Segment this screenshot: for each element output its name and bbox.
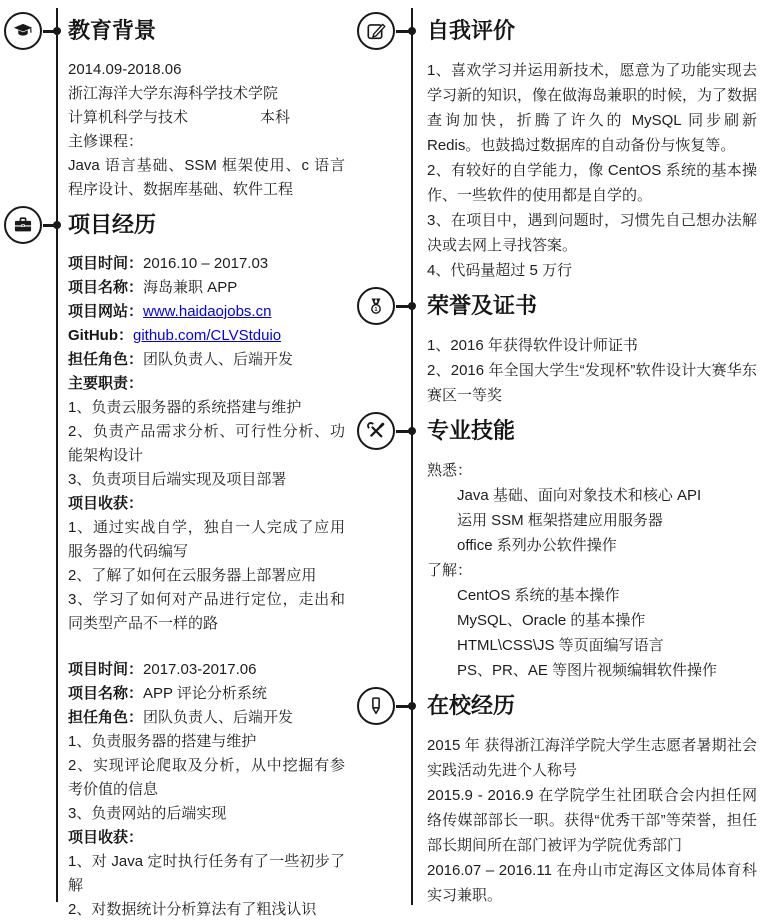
text-line: 2、了解了如何在云服务器上部署应用 bbox=[68, 564, 345, 588]
briefcase-icon bbox=[4, 206, 42, 244]
text-line: 担任角色：团队负责人、后端开发 bbox=[68, 348, 345, 372]
field-label: 主要职责： bbox=[68, 375, 143, 392]
text-content: 2014.09-2018.06 bbox=[68, 61, 181, 78]
column-left: 教育背景2014.09-2018.06浙江海洋大学东海科学技术学院计算机科学与技… bbox=[0, 0, 355, 920]
text-content: 了解： bbox=[427, 562, 472, 579]
text-content: 2、了解了如何在云服务器上部署应用 bbox=[68, 567, 316, 584]
text-content: Java 语言基础、SSM 框架使用、c 语言程序设计、数据库基础、软件工程 bbox=[68, 157, 345, 198]
text-line: 1、喜欢学习并运用新技术，愿意为了功能实现去学习新的知识，像在做海岛兼职的时候，… bbox=[427, 58, 757, 158]
text-content: 2015.9 - 2016.9 在学院学生社团联合会内担任网络传媒部部长一职。获… bbox=[427, 787, 757, 854]
text-content: 浙江海洋大学东海科学技术学院 bbox=[68, 85, 278, 102]
text-line: 3、负责项目后端实现及项目部署 bbox=[68, 468, 345, 492]
resume-page: 教育背景2014.09-2018.06浙江海洋大学东海科学技术学院计算机科学与技… bbox=[0, 0, 763, 920]
field-label: 项目网站： bbox=[68, 303, 143, 320]
text-content: 2017.03-2017.06 bbox=[143, 661, 256, 678]
timeline-bullet bbox=[408, 27, 416, 35]
section-header-skills: 专业技能 bbox=[427, 414, 757, 448]
text-line: 2、有较好的自学能力，像 CentOS 系统的基本操作、一些软件的使用都是自学的… bbox=[427, 158, 757, 208]
text-line: 1、2016 年获得软件设计师证书 bbox=[427, 333, 757, 358]
text-line: 2、负责产品需求分析、可行性分析、功能架构设计 bbox=[68, 420, 345, 468]
text-content: 3、学习了如何对产品进行定位，走出和同类型产品不一样的路 bbox=[68, 591, 345, 632]
text-line: 主要职责： bbox=[68, 372, 345, 396]
svg-text:1: 1 bbox=[374, 307, 377, 313]
section-header-education: 教育背景 bbox=[68, 14, 345, 48]
text-content: 2、负责产品需求分析、可行性分析、功能架构设计 bbox=[68, 423, 345, 464]
text-line: 项目名称：APP 评论分析系统 bbox=[68, 682, 345, 706]
text-line: 1、负责云服务器的系统搭建与维护 bbox=[68, 396, 345, 420]
text-line: 2016.07 – 2016.11 在舟山市定海区文体局体育科实习兼职。 bbox=[427, 858, 757, 908]
text-content: 熟悉： bbox=[427, 462, 472, 479]
section-title: 在校经历 bbox=[427, 693, 515, 718]
text-line: 2014.09-2018.06 bbox=[68, 58, 345, 82]
field-label: 项目时间： bbox=[68, 255, 143, 272]
field-label: GitHub： bbox=[68, 327, 133, 344]
text-content: 1、对 Java 定时执行任务有了一些初步了解 bbox=[68, 853, 345, 894]
timeline-bullet bbox=[53, 27, 61, 35]
section-projects: 项目经历项目时间：2016.10 – 2017.03项目名称：海岛兼职 APP项… bbox=[68, 208, 345, 920]
text-line: 项目时间：2017.03-2017.06 bbox=[68, 658, 345, 682]
section-header-school-experience: 在校经历 bbox=[427, 689, 757, 723]
medal-icon: 1 bbox=[357, 287, 395, 325]
github-link[interactable]: github.com/CLVStduio bbox=[133, 327, 281, 344]
text-line: 项目收获： bbox=[68, 492, 345, 516]
text-content: APP 评论分析系统 bbox=[143, 685, 267, 702]
text-line: 项目名称：海岛兼职 APP bbox=[68, 276, 345, 300]
text-content: 1、负责云服务器的系统搭建与维护 bbox=[68, 399, 301, 416]
field-label: 项目名称： bbox=[68, 279, 143, 296]
text-content: 1、负责服务器的搭建与维护 bbox=[68, 733, 256, 750]
text-content: office 系列办公软件操作 bbox=[457, 537, 617, 554]
section-title: 项目经历 bbox=[68, 212, 156, 237]
text-content: Java 基础、面向对象技术和核心 API bbox=[457, 487, 701, 504]
text-line: 了解： bbox=[427, 558, 757, 583]
timeline-bullet bbox=[408, 427, 416, 435]
field-label: 担任角色： bbox=[68, 351, 143, 368]
text-line: Java 基础、面向对象技术和核心 API bbox=[427, 483, 757, 508]
text-line: HTML\CSS\JS 等页面编写语言 bbox=[427, 633, 757, 658]
section-header-honors: 1荣誉及证书 bbox=[427, 289, 757, 323]
text-content: 3、负责网站的后端实现 bbox=[68, 805, 226, 822]
text-content: 3、在项目中，遇到问题时，习惯先自己想办法解决或去网上寻找答案。 bbox=[427, 212, 757, 254]
text-content: HTML\CSS\JS 等页面编写语言 bbox=[457, 637, 664, 654]
text-line: 项目时间：2016.10 – 2017.03 bbox=[68, 252, 345, 276]
text-line: 2、实现评论爬取及分析，从中挖掘有参考价值的信息 bbox=[68, 754, 345, 802]
section-title: 教育背景 bbox=[68, 18, 156, 43]
text-line: 计算机科学与技术本科 bbox=[68, 106, 345, 130]
section-header-self-evaluation: 自我评价 bbox=[427, 14, 757, 48]
field-label: 项目名称： bbox=[68, 685, 143, 702]
text-content: 运用 SSM 框架搭建应用服务器 bbox=[457, 512, 663, 529]
text-line: 3、负责网站的后端实现 bbox=[68, 802, 345, 826]
text-content: 2016.07 – 2016.11 在舟山市定海区文体局体育科实习兼职。 bbox=[427, 862, 757, 904]
text-content: 1、喜欢学习并运用新技术，愿意为了功能实现去学习新的知识，像在做海岛兼职的时候，… bbox=[427, 62, 757, 154]
timeline-bullet bbox=[408, 702, 416, 710]
section-school-experience: 在校经历2015 年 获得浙江海洋学院大学生志愿者暑期社会实践活动先进个人称号2… bbox=[427, 689, 757, 908]
major-name: 计算机科学与技术 bbox=[68, 109, 188, 126]
text-line: Java 语言基础、SSM 框架使用、c 语言程序设计、数据库基础、软件工程 bbox=[68, 154, 345, 202]
text-line: 1、对 Java 定时执行任务有了一些初步了解 bbox=[68, 850, 345, 898]
text-content: 3、负责项目后端实现及项目部署 bbox=[68, 471, 286, 488]
text-line: 项目收获： bbox=[68, 826, 345, 850]
column-right: 自我评价1、喜欢学习并运用新技术，愿意为了功能实现去学习新的知识，像在做海岛兼职… bbox=[355, 0, 763, 908]
field-label: 项目时间： bbox=[68, 661, 143, 678]
text-line: 项目网站：www.haidaojobs.cn bbox=[68, 300, 345, 324]
text-content: 2、实现评论爬取及分析，从中挖掘有参考价值的信息 bbox=[68, 757, 345, 798]
section-skills: 专业技能熟悉：Java 基础、面向对象技术和核心 API运用 SSM 框架搭建应… bbox=[427, 414, 757, 683]
section-title: 自我评价 bbox=[427, 18, 515, 43]
text-content: 1、通过实战自学，独自一人完成了应用服务器的代码编写 bbox=[68, 519, 345, 560]
row-spacer bbox=[68, 636, 345, 658]
section-honors: 1荣誉及证书1、2016 年获得软件设计师证书2、2016 年全国大学生“发现杯… bbox=[427, 289, 757, 408]
section-education: 教育背景2014.09-2018.06浙江海洋大学东海科学技术学院计算机科学与技… bbox=[68, 14, 345, 202]
tools-icon bbox=[357, 412, 395, 450]
text-line: MySQL、Oracle 的基本操作 bbox=[427, 608, 757, 633]
text-content: 主修课程： bbox=[68, 133, 143, 150]
text-content: 2、2016 年全国大学生“发现杯”软件设计大赛华东赛区一等奖 bbox=[427, 362, 757, 404]
text-content: MySQL、Oracle 的基本操作 bbox=[457, 612, 645, 629]
text-line: 担任角色：团队负责人、后端开发 bbox=[68, 706, 345, 730]
text-line: 2、对数据统计分析算法有了粗浅认识 bbox=[68, 898, 345, 920]
text-content: 团队负责人、后端开发 bbox=[143, 709, 293, 726]
text-line: PS、PR、AE 等图片视频编辑软件操作 bbox=[427, 658, 757, 683]
field-label: 项目收获： bbox=[68, 829, 143, 846]
text-content: 4、代码量超过 5 万行 bbox=[427, 262, 572, 279]
text-line: 运用 SSM 框架搭建应用服务器 bbox=[427, 508, 757, 533]
project-website-link[interactable]: www.haidaojobs.cn bbox=[143, 303, 271, 320]
graduation-cap-icon bbox=[4, 12, 42, 50]
text-content: 2015 年 获得浙江海洋学院大学生志愿者暑期社会实践活动先进个人称号 bbox=[427, 737, 757, 779]
text-content: 2016.10 – 2017.03 bbox=[143, 255, 268, 272]
section-title: 专业技能 bbox=[427, 418, 515, 443]
section-header-projects: 项目经历 bbox=[68, 208, 345, 242]
text-line: 2、2016 年全国大学生“发现杯”软件设计大赛华东赛区一等奖 bbox=[427, 358, 757, 408]
text-content: 1、2016 年获得软件设计师证书 bbox=[427, 337, 638, 354]
timeline-bullet bbox=[53, 221, 61, 229]
section-title: 荣誉及证书 bbox=[427, 293, 537, 318]
field-label: 担任角色： bbox=[68, 709, 143, 726]
text-line: 2015.9 - 2016.9 在学院学生社团联合会内担任网络传媒部部长一职。获… bbox=[427, 783, 757, 858]
text-line: CentOS 系统的基本操作 bbox=[427, 583, 757, 608]
text-line: GitHub：github.com/CLVStduio bbox=[68, 324, 345, 348]
timeline-bullet bbox=[408, 302, 416, 310]
text-line: 1、负责服务器的搭建与维护 bbox=[68, 730, 345, 754]
degree-level: 本科 bbox=[260, 109, 290, 126]
text-line: 3、学习了如何对产品进行定位，走出和同类型产品不一样的路 bbox=[68, 588, 345, 636]
text-content: 2、有较好的自学能力，像 CentOS 系统的基本操作、一些软件的使用都是自学的… bbox=[427, 162, 757, 204]
text-content: 2、对数据统计分析算法有了粗浅认识 bbox=[68, 901, 316, 918]
text-content: 团队负责人、后端开发 bbox=[143, 351, 293, 368]
text-line: 2015 年 获得浙江海洋学院大学生志愿者暑期社会实践活动先进个人称号 bbox=[427, 733, 757, 783]
text-content: PS、PR、AE 等图片视频编辑软件操作 bbox=[457, 662, 717, 679]
text-content: CentOS 系统的基本操作 bbox=[457, 587, 620, 604]
text-line: 1、通过实战自学，独自一人完成了应用服务器的代码编写 bbox=[68, 516, 345, 564]
section-self-evaluation: 自我评价1、喜欢学习并运用新技术，愿意为了功能实现去学习新的知识，像在做海岛兼职… bbox=[427, 14, 757, 283]
text-line: 浙江海洋大学东海科学技术学院 bbox=[68, 82, 345, 106]
text-line: 熟悉： bbox=[427, 458, 757, 483]
text-line: 3、在项目中，遇到问题时，习惯先自己想办法解决或去网上寻找答案。 bbox=[427, 208, 757, 258]
text-line: 4、代码量超过 5 万行 bbox=[427, 258, 757, 283]
field-label: 项目收获： bbox=[68, 495, 143, 512]
text-line: 主修课程： bbox=[68, 130, 345, 154]
pen-nib-icon bbox=[357, 687, 395, 725]
text-line: office 系列办公软件操作 bbox=[427, 533, 757, 558]
edit-compose-icon bbox=[357, 12, 395, 50]
text-content: 海岛兼职 APP bbox=[143, 279, 237, 296]
